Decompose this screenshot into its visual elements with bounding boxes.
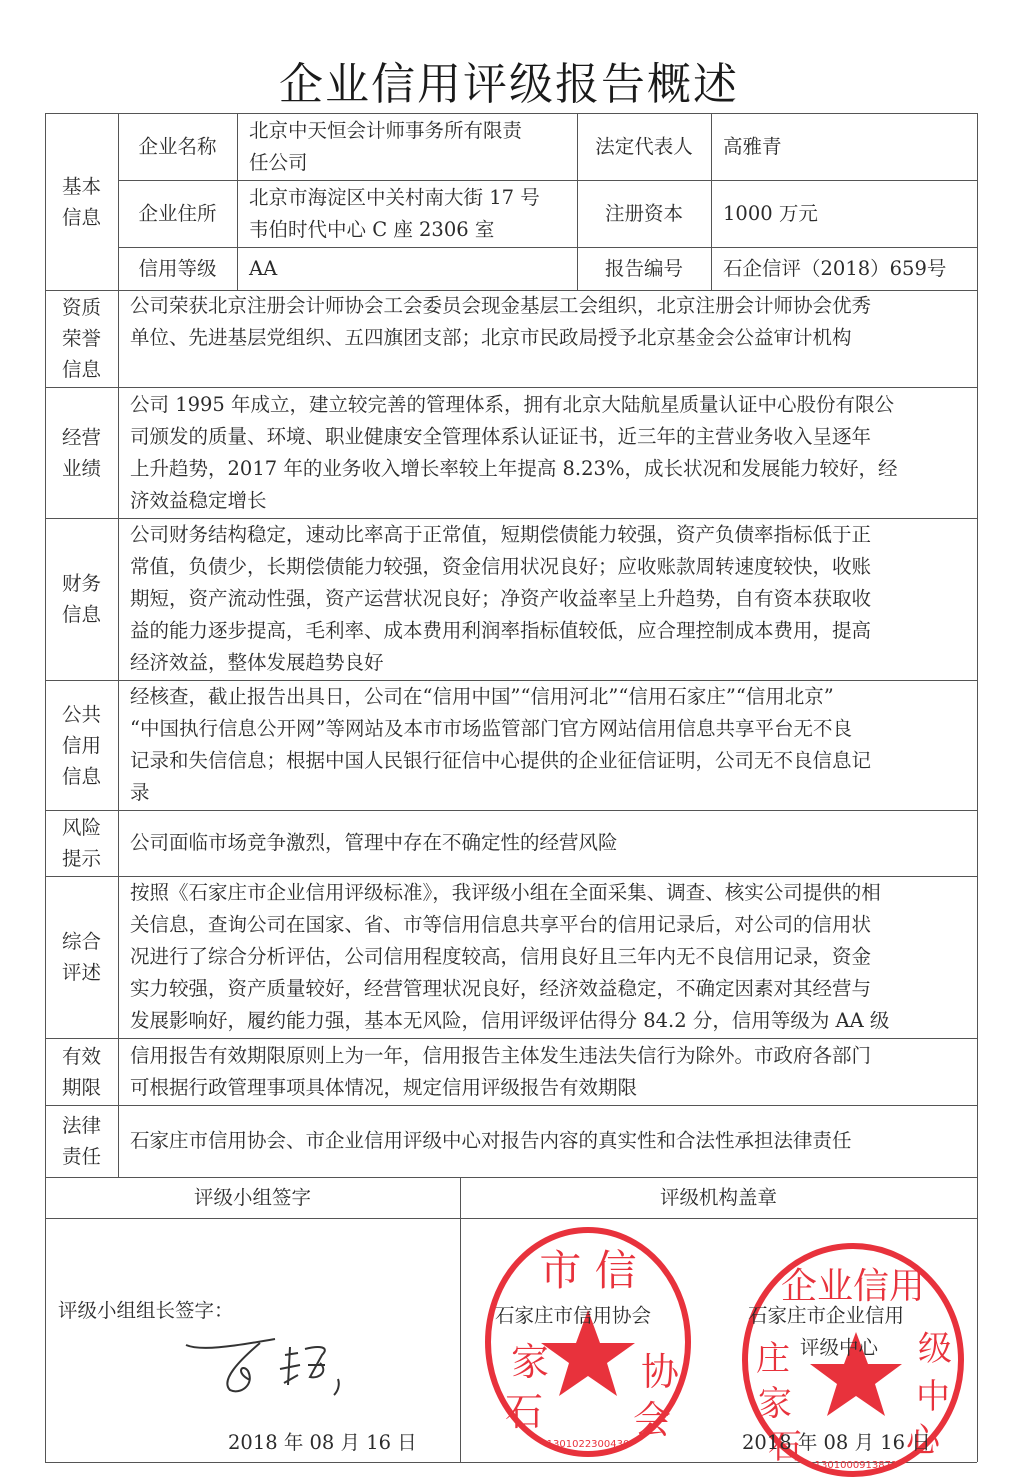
company-name-value: 北京中天恒会计师事务所有限责 任公司 [237, 113, 577, 180]
page-title: 企业信用评级报告概述 [0, 48, 1018, 112]
report-no-value: 石企信评（2018）659号 [711, 247, 977, 290]
team-signature-header: 评级小组签字 [45, 1177, 460, 1218]
risk-label: 风险提示 [45, 810, 118, 876]
performance-label: 经营业绩 [45, 387, 118, 518]
basic-info-label: 基本 信息 [45, 113, 118, 290]
public-credit-text: 经核查，截止报告出具日，公司在“信用中国”“信用河北”“信用石家庄”“信用北京”… [118, 680, 977, 810]
svg-text:1301000913871: 1301000913871 [815, 1460, 898, 1471]
address-label: 企业住所 [118, 180, 237, 247]
validity-label: 有效期限 [45, 1038, 118, 1105]
qualification-label: 资质荣誉信息 [45, 290, 118, 387]
svg-text:石: 石 [505, 1390, 543, 1434]
org1-name: 石家庄市信用协会 [495, 1300, 651, 1328]
risk-text: 公司面临市场竞争激烈，管理中存在不确定性的经营风险 [118, 810, 977, 876]
performance-text: 公司 1995 年成立，建立较完善的管理体系，拥有北京大陆航星质量认证中心股份有… [118, 387, 977, 518]
leader-sign-label: 评级小组组长签字： [58, 1295, 234, 1323]
org2-name-line2: 评级中心 [800, 1332, 878, 1360]
summary-text: 按照《石家庄市企业信用评级标准》，我评级小组在全面采集、调查、核实公司提供的相关… [118, 876, 977, 1038]
legal-rep-value: 高雅青 [711, 113, 977, 180]
qualification-text: 公司荣获北京注册会计师协会工会委员会现金基层工会组织，北京注册会计师协会优秀单位… [118, 290, 977, 387]
capital-value: 1000 万元 [711, 180, 977, 247]
capital-label: 注册资本 [577, 180, 711, 247]
svg-text:中: 中 [916, 1377, 950, 1417]
credit-grade-value: AA [237, 247, 577, 290]
svg-text:级: 级 [918, 1329, 952, 1369]
summary-label: 综合评述 [45, 876, 118, 1038]
svg-text:家: 家 [758, 1384, 792, 1424]
handwritten-signature [180, 1335, 350, 1405]
report-no-label: 报告编号 [577, 247, 711, 290]
svg-text:1301022300430: 1301022300430 [547, 1439, 630, 1450]
legal-rep-label: 法定代表人 [577, 113, 711, 180]
credit-association-stamp: 市 信 家 协 石 会 1301022300430 [483, 1225, 693, 1460]
svg-text:协: 协 [641, 1350, 681, 1394]
finance-label: 财务信息 [45, 518, 118, 680]
validity-text: 信用报告有效期限原则上为一年，信用报告主体发生违法失信行为除外。市政府各部门可根… [118, 1038, 977, 1105]
public-credit-label: 公共信用信息 [45, 680, 118, 810]
address-value: 北京市海淀区中关村南大街 17 号 韦伯时代中心 C 座 2306 室 [237, 180, 577, 247]
org2-name-line1: 石家庄市企业信用 [748, 1300, 904, 1328]
left-date: 2018 年 08 月 16 日 [228, 1427, 417, 1455]
svg-text:会: 会 [633, 1398, 671, 1442]
company-name-label: 企业名称 [118, 113, 237, 180]
stamp-ring-text: 市 信 [539, 1246, 636, 1295]
legal-label: 法律责任 [45, 1105, 118, 1177]
right-date: 2018 年 08 月 16 日 [742, 1427, 931, 1455]
legal-text: 石家庄市信用协会、市企业信用评级中心对报告内容的真实性和合法性承担法律责任 [118, 1105, 977, 1177]
finance-text: 公司财务结构稳定，速动比率高于正常值，短期偿债能力较强，资产负债率指标低于正常值… [118, 518, 977, 680]
org-stamp-header: 评级机构盖章 [460, 1177, 977, 1218]
svg-text:庄: 庄 [756, 1339, 790, 1379]
svg-text:家: 家 [511, 1340, 549, 1384]
credit-grade-label: 信用等级 [118, 247, 237, 290]
